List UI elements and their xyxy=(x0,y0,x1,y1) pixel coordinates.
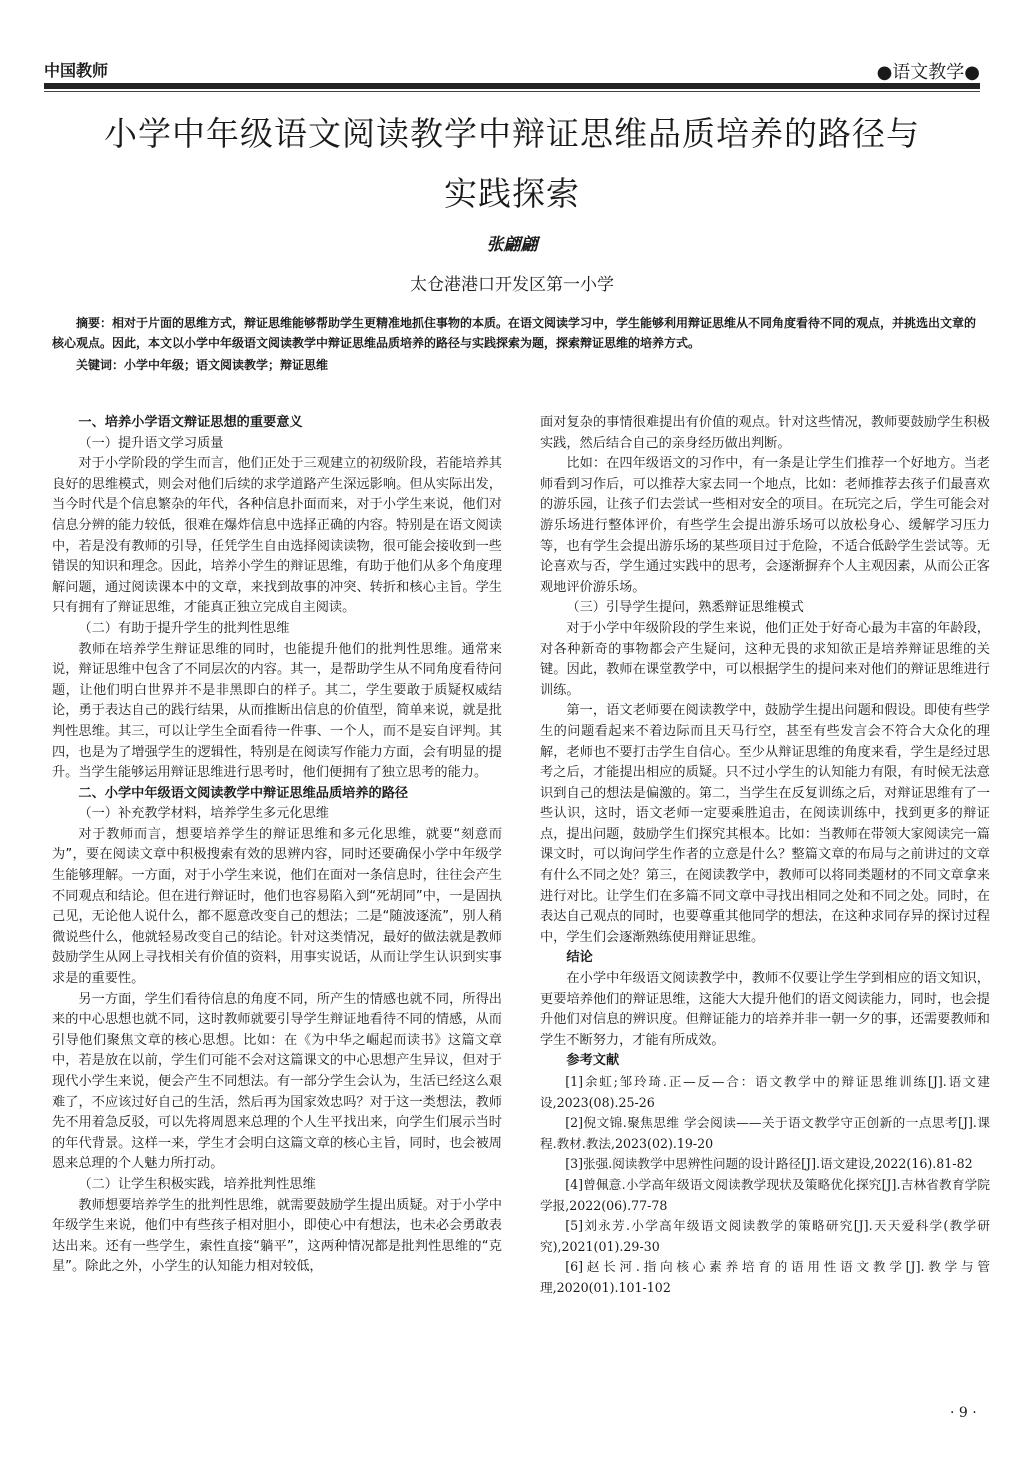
subsection-heading: （三）引导学生提问，熟悉辩证思维模式 xyxy=(540,598,990,619)
references-heading: 参考文献 xyxy=(540,1051,990,1072)
reference-item: [5]刘永芳.小学高年级语文阅读教学的策略研究[J].天天爱科学(教学研究),2… xyxy=(540,1216,990,1257)
paragraph: 对于小学中年级阶段的学生来说，他们正处于好奇心最为丰富的年龄段，对各种新奇的事物… xyxy=(540,619,990,701)
affiliation: 太仓港港口开发区第一小学 xyxy=(0,270,1024,295)
paragraph: 在小学中年级语文阅读教学中，教师不仅要让学生学到相应的语文知识，更要培养他们的辩… xyxy=(540,969,990,1051)
subsection-heading: （二）让学生积极实践，培养批判性思维 xyxy=(52,1175,502,1196)
abstract-block: 摘要：相对于片面的思维方式，辩证思维能够帮助学生更精准地抓住事物的本质。在语文阅… xyxy=(52,313,980,375)
right-column: 面对复杂的事情很难提出有价值的观点。针对这些情况，教师要鼓励学生积极实践，然后结… xyxy=(540,413,990,1299)
paragraph: 教师在培养学生辩证思维的同时，也能提升他们的批判性思维。通常来说，辩证思维中包含… xyxy=(52,640,502,784)
page-number: · 9 · xyxy=(950,1405,977,1421)
reference-item: [2]倪文锦.聚焦思维 学会阅读——关于语文教学守正创新的一点思考[J].课程.… xyxy=(540,1113,990,1154)
paragraph: 另一方面，学生们看待信息的角度不同，所产生的情感也就不同，所得出来的中心思想也就… xyxy=(52,990,502,1175)
running-header: 中国教师 ●语文教学● xyxy=(44,58,980,82)
section-heading: 二、小学中年级语文阅读教学中辩证思维品质培养的路径 xyxy=(52,784,502,805)
reference-list: [1]余虹;邹玲琦.正—反—合：语文教学中的辩证思维训练[J].语文建设,202… xyxy=(540,1072,990,1299)
article-title: 小学中年级语文阅读教学中辩证思维品质培养的路径与 实践探索 xyxy=(40,104,984,224)
conclusion-heading: 结论 xyxy=(540,948,990,969)
subsection-heading: （一）补充教学材料，培养学生多元化思维 xyxy=(52,804,502,825)
paragraph: 对于小学阶段的学生而言，他们正处于三观建立的初级阶段，若能培养其良好的思维模式，… xyxy=(52,454,502,619)
journal-name: 中国教师 xyxy=(44,58,108,81)
title-line-2: 实践探索 xyxy=(40,164,984,224)
reference-item: [4]曾佩意.小学高年级语文阅读教学现状及策略优化探究[J].吉林省教育学院学报… xyxy=(540,1175,990,1216)
section-heading: 一、培养小学语文辩证思想的重要意义 xyxy=(52,413,502,434)
reference-item: [3]张强.阅读教学中思辨性问题的设计路径[J].语文建设,2022(16).8… xyxy=(540,1154,990,1175)
reference-item: [1]余虹;邹玲琦.正—反—合：语文教学中的辩证思维训练[J].语文建设,202… xyxy=(540,1072,990,1113)
header-rule xyxy=(44,83,980,89)
left-column: 一、培养小学语文辩证思想的重要意义 （一）提升语文学习质量 对于小学阶段的学生而… xyxy=(52,413,502,1278)
paragraph-continued: 面对复杂的事情很难提出有价值的观点。针对这些情况，教师要鼓励学生积极实践，然后结… xyxy=(540,413,990,454)
paragraph: 比如：在四年级语文的习作中，有一条是让学生们推荐一个好地方。当老师看到习作后，可… xyxy=(540,454,990,598)
paragraph: 教师想要培养学生的批判性思维，就需要鼓励学生提出质疑。对于小学中年级学生来说，他… xyxy=(52,1196,502,1278)
abstract-text: 摘要：相对于片面的思维方式，辩证思维能够帮助学生更精准地抓住事物的本质。在语文阅… xyxy=(52,313,980,353)
author: 张翩翩 xyxy=(0,230,1024,255)
reference-item: [6]赵长河.指向核心素养培育的语用性语文教学[J].教学与管理,2020(01… xyxy=(540,1257,990,1298)
subsection-heading: （二）有助于提升学生的批判性思维 xyxy=(52,619,502,640)
subsection-heading: （一）提升语文学习质量 xyxy=(52,434,502,455)
paragraph: 对于教师而言，想要培养学生的辩证思维和多元化思维，就要“刻意而为”，要在阅读文章… xyxy=(52,825,502,990)
paragraph: 第一，语文老师要在阅读教学中，鼓励学生提出问题和假设。即使有些学生的问题看起来不… xyxy=(540,701,990,948)
keywords: 关键词：小学中年级；语文阅读教学；辩证思维 xyxy=(52,355,980,375)
section-tag: ●语文教学● xyxy=(877,58,980,84)
title-line-1: 小学中年级语文阅读教学中辩证思维品质培养的路径与 xyxy=(40,104,984,164)
